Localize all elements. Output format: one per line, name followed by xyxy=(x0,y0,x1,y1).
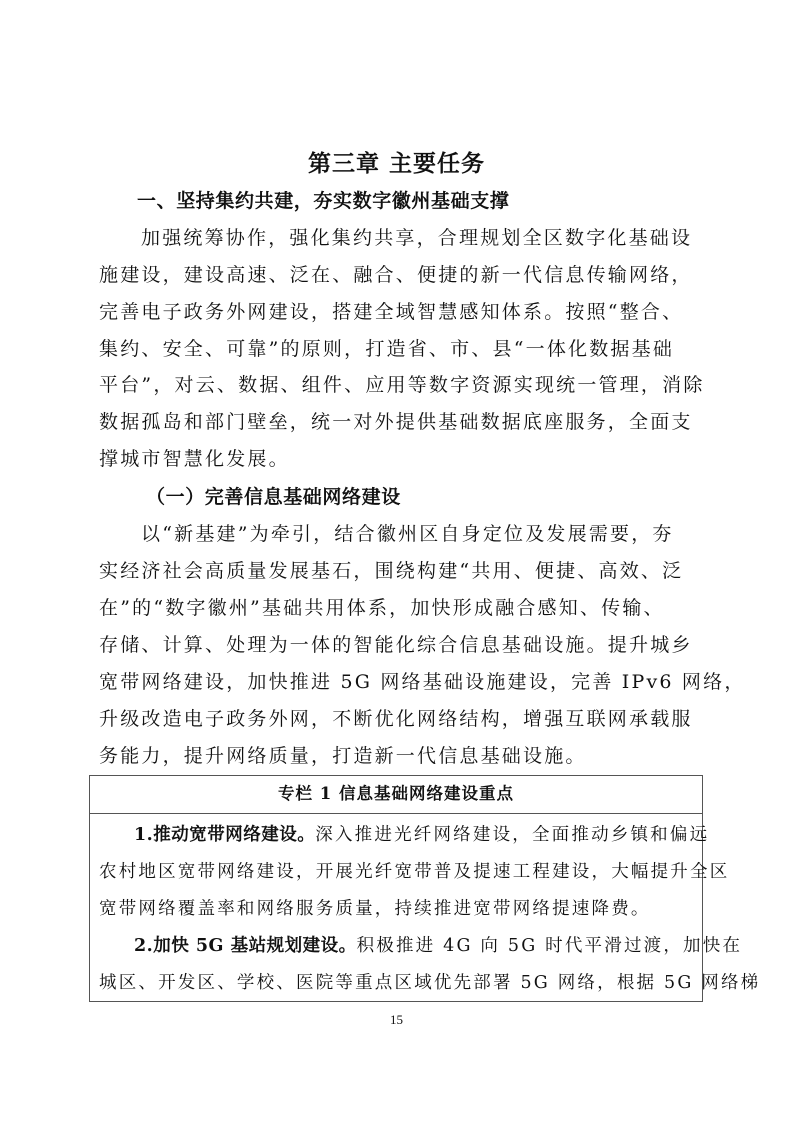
paragraph-line: 平台”，对云、数据、组件、应用等数字资源实现统一管理，消除 xyxy=(99,373,699,397)
box-item-1-line: 农村地区宽带网络建设，开展光纤宽带普及提速工程建设，大幅提升全区 xyxy=(99,861,729,883)
box-item-1-line: 宽带网络覆盖率和网络服务质量，持续推进宽带网络提速降费。 xyxy=(99,898,651,920)
paragraph-line: 集约、安全、可靠”的原则，打造省、市、县“一体化数据基础 xyxy=(99,337,699,361)
box-item-1-line: 1.推动宽带网络建设。深入推进光纤网络建设，全面推动乡镇和偏远 xyxy=(134,824,709,846)
section-heading: 一、坚持集约共建，夯实数字徽州基础支撑 xyxy=(137,186,509,213)
document-page: 第三章 主要任务 一、坚持集约共建，夯实数字徽州基础支撑 加强统筹协作，强化集约… xyxy=(0,0,793,1122)
box-item-2-line: 2.加快 5G 基站规划建设。积极推进 4G 向 5G 时代平滑过渡，加快在 xyxy=(134,935,742,957)
paragraph-line: 加强统筹协作，强化集约共享，合理规划全区数字化基础设 xyxy=(141,226,741,250)
subsection-heading: （一）完善信息基础网络建设 xyxy=(146,482,401,509)
box-item-1-title: 1.推动宽带网络建设。 xyxy=(134,825,315,845)
paragraph-line: 以“新基建”为牵引，结合徽州区自身定位及发展需要，夯 xyxy=(141,522,741,546)
feature-box: 专栏 1 信息基础网络建设重点 1.推动宽带网络建设。深入推进光纤网络建设，全面… xyxy=(89,775,703,1002)
paragraph-line: 存储、计算、处理为一体的智能化综合信息基础设施。提升城乡 xyxy=(99,633,699,657)
paragraph-line: 数据孤岛和部门壁垒，统一对外提供基础数据底座服务，全面支 xyxy=(99,410,699,434)
paragraph-line: 务能力，提升网络质量，打造新一代信息基础设施。 xyxy=(99,744,699,768)
paragraph-line: 撑城市智慧化发展。 xyxy=(99,447,699,471)
paragraph-line: 完善电子政务外网建设，搭建全域智慧感知体系。按照“整合、 xyxy=(99,300,699,324)
feature-box-header: 专栏 1 信息基础网络建设重点 xyxy=(90,776,702,814)
page-number: 15 xyxy=(0,1012,793,1028)
box-item-2-line: 城区、开发区、学校、医院等重点区域优先部署 5G 网络，根据 5G 网络梯 xyxy=(99,972,760,994)
box-item-1-text: 深入推进光纤网络建设，全面推动乡镇和偏远 xyxy=(315,825,709,845)
paragraph-line: 升级改造电子政务外网，不断优化网络结构，增强互联网承载服 xyxy=(99,707,699,731)
paragraph-line: 实经济社会高质量发展基石，围绕构建“共用、便捷、高效、泛 xyxy=(99,559,699,583)
paragraph-line: 在”的“数字徽州”基础共用体系，加快形成融合感知、传输、 xyxy=(99,596,699,620)
box-item-2-title: 2.加快 5G 基站规划建设。 xyxy=(134,936,357,956)
paragraph-line: 宽带网络建设，加快推进 5G 网络基础设施建设，完善 IPv6 网络， xyxy=(99,670,699,694)
box-item-2-text: 积极推进 4G 向 5G 时代平滑过渡，加快在 xyxy=(357,936,743,956)
paragraph-line: 施建设，建设高速、泛在、融合、便捷的新一代信息传输网络， xyxy=(99,263,699,287)
chapter-title: 第三章 主要任务 xyxy=(0,145,793,178)
